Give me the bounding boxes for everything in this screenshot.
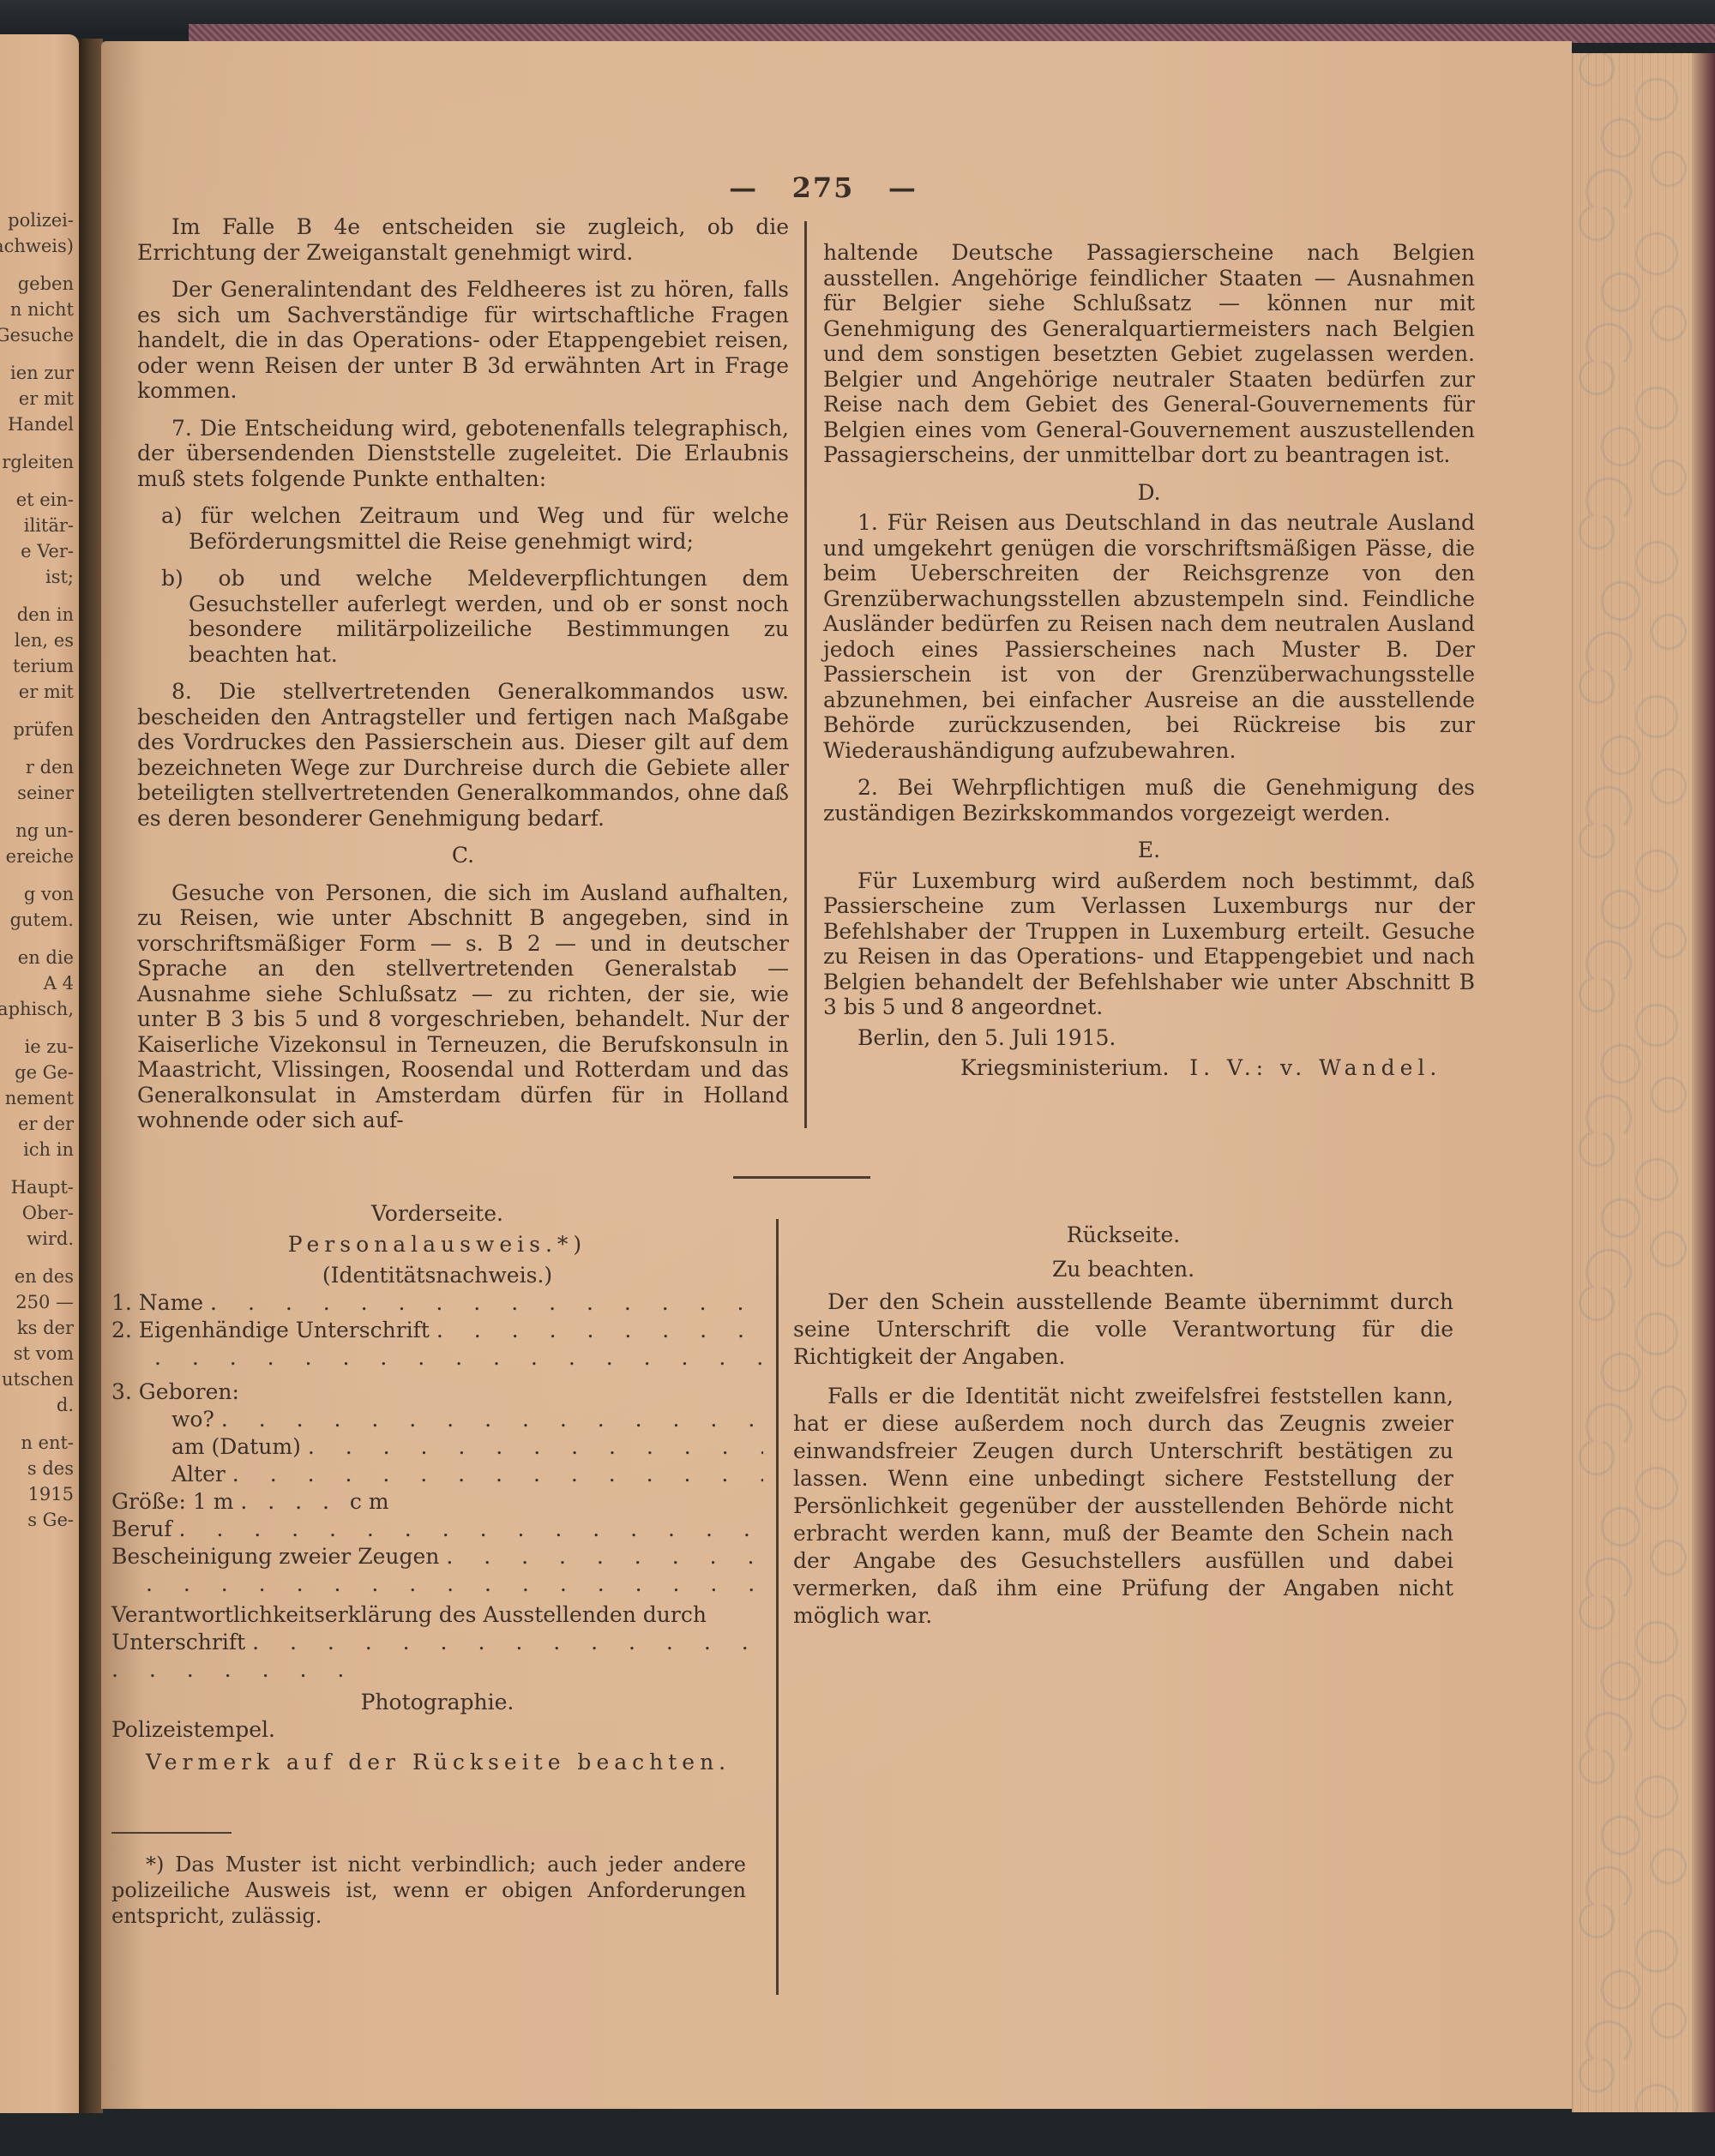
paragraph-falle-b4e: Im Falle B 4e entscheiden sie zugleich, … [137, 214, 789, 265]
field-name[interactable]: 1. Name . . . . . . . . . . . . . . . . … [111, 1289, 763, 1317]
field-born-where-dots: . . . . . . . . . . . . . . . . . . [221, 1407, 763, 1432]
field-born-where[interactable]: wo? . . . . . . . . . . . . . . . . . . [111, 1406, 763, 1433]
left-page-text-fragment: ng un- [15, 820, 74, 841]
left-page-text-fragment: Gesuche [0, 325, 74, 345]
book-spine-rim [1692, 53, 1715, 2112]
left-page-text-fragment: r den [26, 757, 74, 778]
left-page-text-fragment: d. [57, 1395, 74, 1415]
field-profession[interactable]: Beruf . . . . . . . . . . . . . . . . . … [111, 1516, 763, 1543]
field-born-date-label: am (Datum) [171, 1434, 301, 1459]
page-number: — 275 — [729, 171, 918, 204]
photo-label: Photographie. [111, 1689, 763, 1716]
left-page-text-fragment: en des [15, 1266, 74, 1287]
left-page-text-fragment: ich in [23, 1139, 74, 1160]
place-date: Berlin, den 5. Juli 1915. [823, 1025, 1475, 1051]
field-witnesses-dots: . . . . . . . . . . . [446, 1544, 763, 1569]
left-page-text-fragment: den in [17, 604, 74, 625]
list-item-b: b) ob und welche Meldeverpflichtungen de… [137, 566, 789, 667]
field-signature-cont[interactable]: . . . . . . . . . . . . . . . . . . . . … [111, 1344, 763, 1372]
dash-left: — [729, 171, 758, 204]
paragraph-7: 7. Die Entscheidung wird, gebotenenfalls… [137, 416, 789, 492]
left-page-text-fragment: 1915 [28, 1484, 74, 1504]
right-column: haltende Deutsche Passagierscheine nach … [823, 240, 1475, 1081]
form-back-paragraph-2: Falls er die Identität nicht zweifelsfre… [793, 1383, 1453, 1630]
field-profession-label: Beruf [111, 1516, 171, 1541]
book-gutter [79, 39, 103, 2113]
form-back-paragraph-1: Der den Schein ausstellende Beamte übern… [793, 1288, 1453, 1371]
list-item-a: a) für welchen Zeitraum und Weg und für … [137, 503, 789, 554]
signature-by: I. V.: v. Wandel. [1189, 1055, 1441, 1080]
column-divider-upper [804, 221, 807, 1128]
field-responsibility[interactable]: Verantwortlichkeitserklärung des Ausstel… [111, 1601, 763, 1684]
book-headband [189, 24, 1715, 43]
left-page-text-fragment: rgleiten [2, 452, 74, 472]
section-c-heading: C. [137, 843, 789, 868]
left-page-text-fragment: terium [13, 656, 74, 676]
left-page-fragment: polizei-achweis)gebenn nichtGesucheien z… [0, 34, 79, 2113]
left-page-text-fragment: en die [18, 947, 74, 968]
field-age[interactable]: Alter . . . . . . . . . . . . . . . . [111, 1461, 763, 1488]
paragraph-8: 8. Die stellvertretenden Generalkommando… [137, 679, 789, 831]
book-cover-bottom [0, 2109, 1715, 2156]
footnote-rule [111, 1832, 232, 1834]
section-d-item-2: 2. Bei Wehrpflichtigen muß die Genehmigu… [823, 775, 1475, 826]
rear-note: Vermerk auf der Rückseite beachten. [111, 1749, 763, 1776]
page-stack-edge [1572, 53, 1693, 2112]
left-page-text-fragment: er mit [19, 388, 74, 409]
field-witnesses-label: Bescheinigung zweier Zeugen [111, 1544, 439, 1569]
left-page-text-fragment: er der [18, 1114, 74, 1134]
section-d-heading: D. [823, 480, 1475, 506]
left-page-text-fragment: ie zu- [24, 1036, 74, 1057]
signature-ministry: Kriegsministerium. [960, 1055, 1169, 1080]
left-page-text-fragment: polizei- [8, 210, 74, 231]
left-page-text-fragment: er mit [19, 682, 74, 702]
field-signature-cont-dots: . . . . . . . . . . . . . . . . . . . . … [154, 1345, 763, 1370]
left-page-text-fragment: et ein- [16, 489, 74, 510]
left-page-text-fragment: wird. [27, 1228, 74, 1249]
left-page-text-fragment: Ober- [22, 1203, 74, 1223]
field-born-where-label: wo? [171, 1407, 214, 1432]
left-page-text-fragment: ien zur [10, 363, 74, 383]
footnote: *) Das Muster ist nicht verbindlich; auc… [111, 1852, 746, 1929]
column-divider-lower [776, 1219, 779, 1995]
form-back-heading: Zu beachten. [793, 1256, 1453, 1283]
field-signature[interactable]: 2. Eigenhändige Unterschrift . . . . . .… [111, 1317, 763, 1344]
left-page-text-fragment: n nicht [10, 299, 74, 320]
field-born-label: 3. Geboren: [111, 1379, 239, 1404]
left-page-text-fragment: nement [5, 1088, 74, 1108]
left-page-text-fragment: ist; [45, 567, 74, 587]
left-page-text-fragment: aphisch, [0, 999, 74, 1019]
left-page-text-fragment: st vom [14, 1343, 74, 1364]
left-page-text-fragment: n ent- [21, 1432, 74, 1453]
paragraph-generalintendant: Der Generalintendant des Feldheeres ist … [137, 277, 789, 404]
left-page-text-fragment: s Ge- [27, 1510, 74, 1530]
left-page-text-fragment: ge Ge- [15, 1062, 74, 1083]
field-born: 3. Geboren: [111, 1378, 763, 1406]
form-back-side-label: Rückseite. [793, 1222, 1453, 1249]
left-page-text-fragment: seiner [17, 783, 74, 803]
left-page-text-fragment: geben [18, 273, 74, 294]
field-name-dots: . . . . . . . . . . . . . . . . . . . . [210, 1290, 763, 1315]
section-d-item-1: 1. Für Reisen aus Deutschland in das neu… [823, 510, 1475, 763]
stamp-label: Polizeistempel. [111, 1716, 763, 1744]
footnote-text: *) Das Muster ist nicht verbindlich; auc… [111, 1852, 746, 1929]
marbled-edge [1573, 53, 1693, 2112]
section-e-text: Für Luxemburg wird außerdem noch bestimm… [823, 868, 1475, 1020]
form-back: Rückseite. Zu beachten. Der den Schein a… [793, 1222, 1453, 1630]
left-page-text-fragment: ereiche [6, 846, 74, 867]
left-page-text-fragment: prüfen [13, 719, 74, 740]
left-column: Im Falle B 4e entscheiden sie zugleich, … [137, 214, 789, 1133]
left-page-text-fragment: achweis) [0, 236, 74, 256]
left-page-text-fragment: e Ver- [21, 541, 74, 562]
field-profession-dots: . . . . . . . . . . . . . . . . . . . . … [178, 1516, 763, 1541]
field-age-dots: . . . . . . . . . . . . . . . . [232, 1462, 763, 1486]
signature: Kriegsministerium. I. V.: v. Wandel. [823, 1055, 1475, 1081]
page-number-value: 275 [792, 171, 855, 204]
left-page-text-fragment: ks der [17, 1318, 74, 1338]
field-signature-dots: . . . . . . . . . . . . [436, 1318, 763, 1342]
field-name-label: 1. Name [111, 1290, 203, 1315]
section-c-text: Gesuche von Personen, die sich im Auslan… [137, 880, 789, 1133]
left-page-text-fragment: gutem. [10, 910, 74, 930]
left-page-text-fragment: A 4 [44, 973, 74, 994]
field-height-dots: . . . . cm [240, 1489, 395, 1514]
continuation-paragraph: haltende Deutsche Passagierscheine nach … [823, 240, 1475, 468]
left-page-text-fragment: Haupt- [11, 1177, 74, 1198]
left-page-text-fragment: 250 — [15, 1292, 74, 1312]
field-height-label: Größe: 1 m [111, 1489, 233, 1514]
field-witnesses-cont[interactable]: . . . . . . . . . . . . . . . . . . . . … [111, 1570, 763, 1598]
field-age-label: Alter [171, 1462, 226, 1486]
dash-right: — [888, 171, 918, 204]
field-witnesses-cont-dots: . . . . . . . . . . . . . . . . . . . . … [146, 1571, 763, 1596]
left-page-text-fragment: ilitär- [24, 515, 74, 536]
left-page-text-fragment: len, es [15, 630, 74, 651]
field-born-date[interactable]: am (Datum) . . . . . . . . . . . . . . [111, 1433, 763, 1461]
form-front-subtitle: (Identitätsnachweis.) [111, 1262, 763, 1289]
field-witnesses[interactable]: Bescheinigung zweier Zeugen . . . . . . … [111, 1543, 763, 1570]
field-born-date-dots: . . . . . . . . . . . . . . [308, 1434, 763, 1459]
section-e-heading: E. [823, 838, 1475, 863]
form-front: Vorderseite. Personalausweis.*) (Identit… [111, 1200, 763, 1776]
form-front-side-label: Vorderseite. [111, 1200, 763, 1228]
left-page-text-fragment: utschen [2, 1369, 74, 1390]
left-page-text-fragment: Handel [8, 414, 74, 435]
left-page-text-fragment: s des [27, 1458, 74, 1479]
section-separator [733, 1176, 870, 1179]
left-page-text-fragment: g von [24, 884, 74, 904]
field-signature-label: 2. Eigenhändige Unterschrift [111, 1318, 430, 1342]
field-height[interactable]: Größe: 1 m . . . . cm [111, 1488, 763, 1516]
form-front-title: Personalausweis.*) [111, 1231, 763, 1258]
